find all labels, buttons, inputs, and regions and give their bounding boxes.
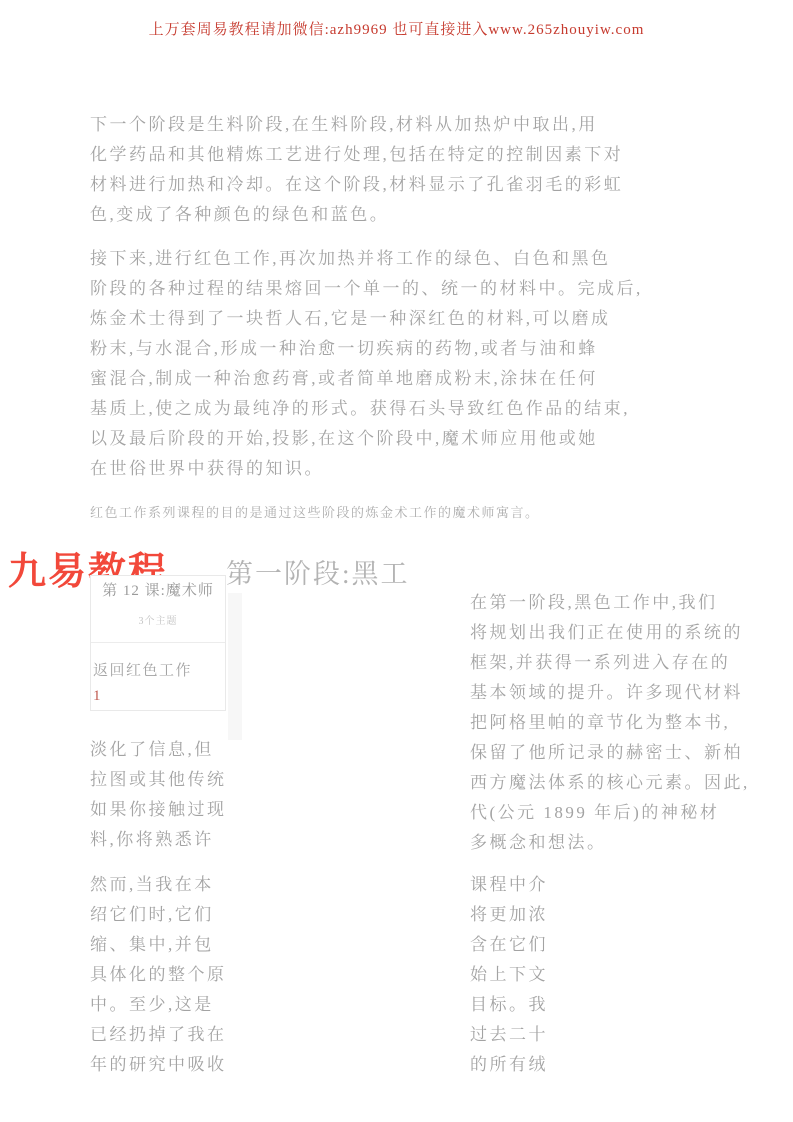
- document-page: 上万套周易教程请加微信:azh9969 也可直接进入www.265zhouyiw…: [0, 0, 793, 1122]
- lesson-title: 第 12 课:魔术师: [91, 576, 225, 600]
- article-paragraph-2: 接下来,进行红色工作,再次加热并将工作的绿色、白色和黑色 阶段的各种过程的结果熔…: [90, 244, 675, 484]
- right-column-paragraph-1: 在第一阶段,黑色工作中,我们 将规划出我们正在使用的系统的 框架,并获得一系列进…: [470, 588, 770, 858]
- lesson-card-header: 第 12 课:魔术师 3个主题: [91, 576, 225, 643]
- page-number: 1: [93, 688, 225, 705]
- left-column-paragraph-1: 淡化了信息,但 拉图或其他传统 如果你接触过现 料,你将熟悉许: [90, 735, 250, 855]
- column-divider-band: [228, 593, 242, 740]
- section-heading: 第一阶段:黑工: [226, 552, 410, 591]
- lesson-card: 第 12 课:魔术师 3个主题 返回红色工作 1: [90, 575, 226, 711]
- back-to-red-work-link[interactable]: 返回红色工作: [93, 659, 192, 680]
- article-caption: 红色工作系列课程的目的是通过这些阶段的炼金术工作的魔术师寓言。: [90, 503, 690, 523]
- lesson-card-footer: 返回红色工作 1: [91, 643, 225, 705]
- article-paragraph-1: 下一个阶段是生料阶段,在生料阶段,材料从加热炉中取出,用 化学药品和其他精炼工艺…: [90, 110, 675, 230]
- left-column-paragraph-2: 然而,当我在本 绍它们时,它们 缩、集中,并包 具体化的整个原 中。至少,这是 …: [90, 870, 250, 1080]
- right-column-paragraph-2: 课程中介 将更加浓 含在它们 始上下文 目标。我 过去二十 的所有绒: [470, 870, 630, 1080]
- header-promo-notice: 上万套周易教程请加微信:azh9969 也可直接进入www.265zhouyiw…: [0, 18, 793, 39]
- lesson-topics-count: 3个主题: [91, 612, 225, 627]
